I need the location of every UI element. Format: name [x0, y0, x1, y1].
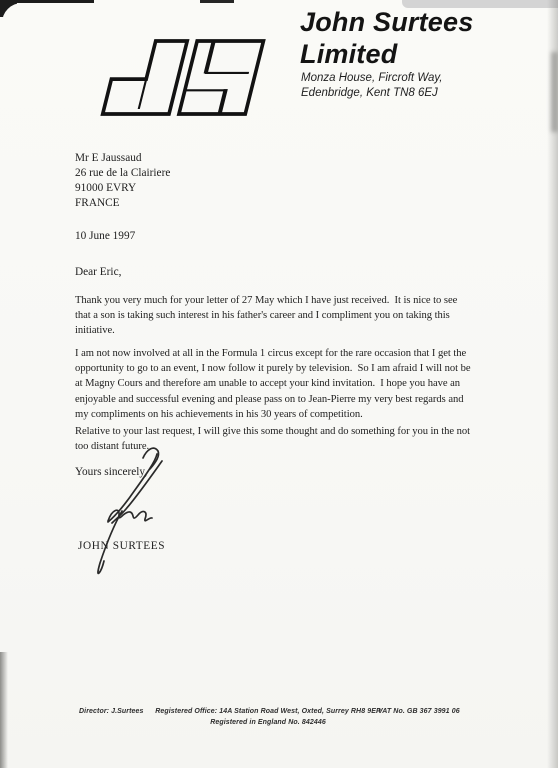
- scanned-letter-page: John Surtees Limited Monza House, Fircro…: [0, 0, 558, 768]
- letter-date: 10 June 1997: [75, 230, 135, 242]
- company-name: John Surtees Limited: [300, 6, 473, 70]
- footer-registered-office-line1: Registered Office: 14A Station Road West…: [150, 706, 386, 717]
- company-address-line1: Monza House, Fircroft Way,: [301, 71, 442, 86]
- handwritten-signature: [78, 425, 188, 580]
- salutation: Dear Eric,: [75, 266, 121, 278]
- recipient-address: Mr E Jaussaud26 rue de la Clairiere91000…: [75, 151, 170, 211]
- paragraph-2: I am not now involved at all in the Form…: [75, 346, 471, 422]
- footer-registered-office: Registered Office: 14A Station Road West…: [150, 706, 386, 728]
- scan-artifact-right-edge-dark: [551, 52, 558, 132]
- company-address: Monza House, Fircroft Way, Edenbridge, K…: [301, 71, 442, 100]
- company-name-line2: Limited: [300, 38, 473, 70]
- company-name-line1: John Surtees: [300, 6, 473, 38]
- scan-artifact-top-strip: [0, 0, 94, 3]
- footer-vat-number: VAT No. GB 367 3991 06: [378, 708, 460, 715]
- js-monogram-logo: [84, 36, 268, 119]
- signatory-name: JOHN SURTEES: [78, 540, 165, 552]
- footer-registered-office-line2: Registered in England No. 842446: [150, 717, 386, 728]
- company-address-line2: Edenbridge, Kent TN8 6EJ: [301, 86, 442, 101]
- paragraph-1: Thank you very much for your letter of 2…: [75, 293, 457, 339]
- footer-director: Director: J.Surtees: [79, 708, 144, 715]
- scan-artifact-top-strip: [200, 0, 234, 3]
- scan-artifact-left-edge: [0, 652, 8, 768]
